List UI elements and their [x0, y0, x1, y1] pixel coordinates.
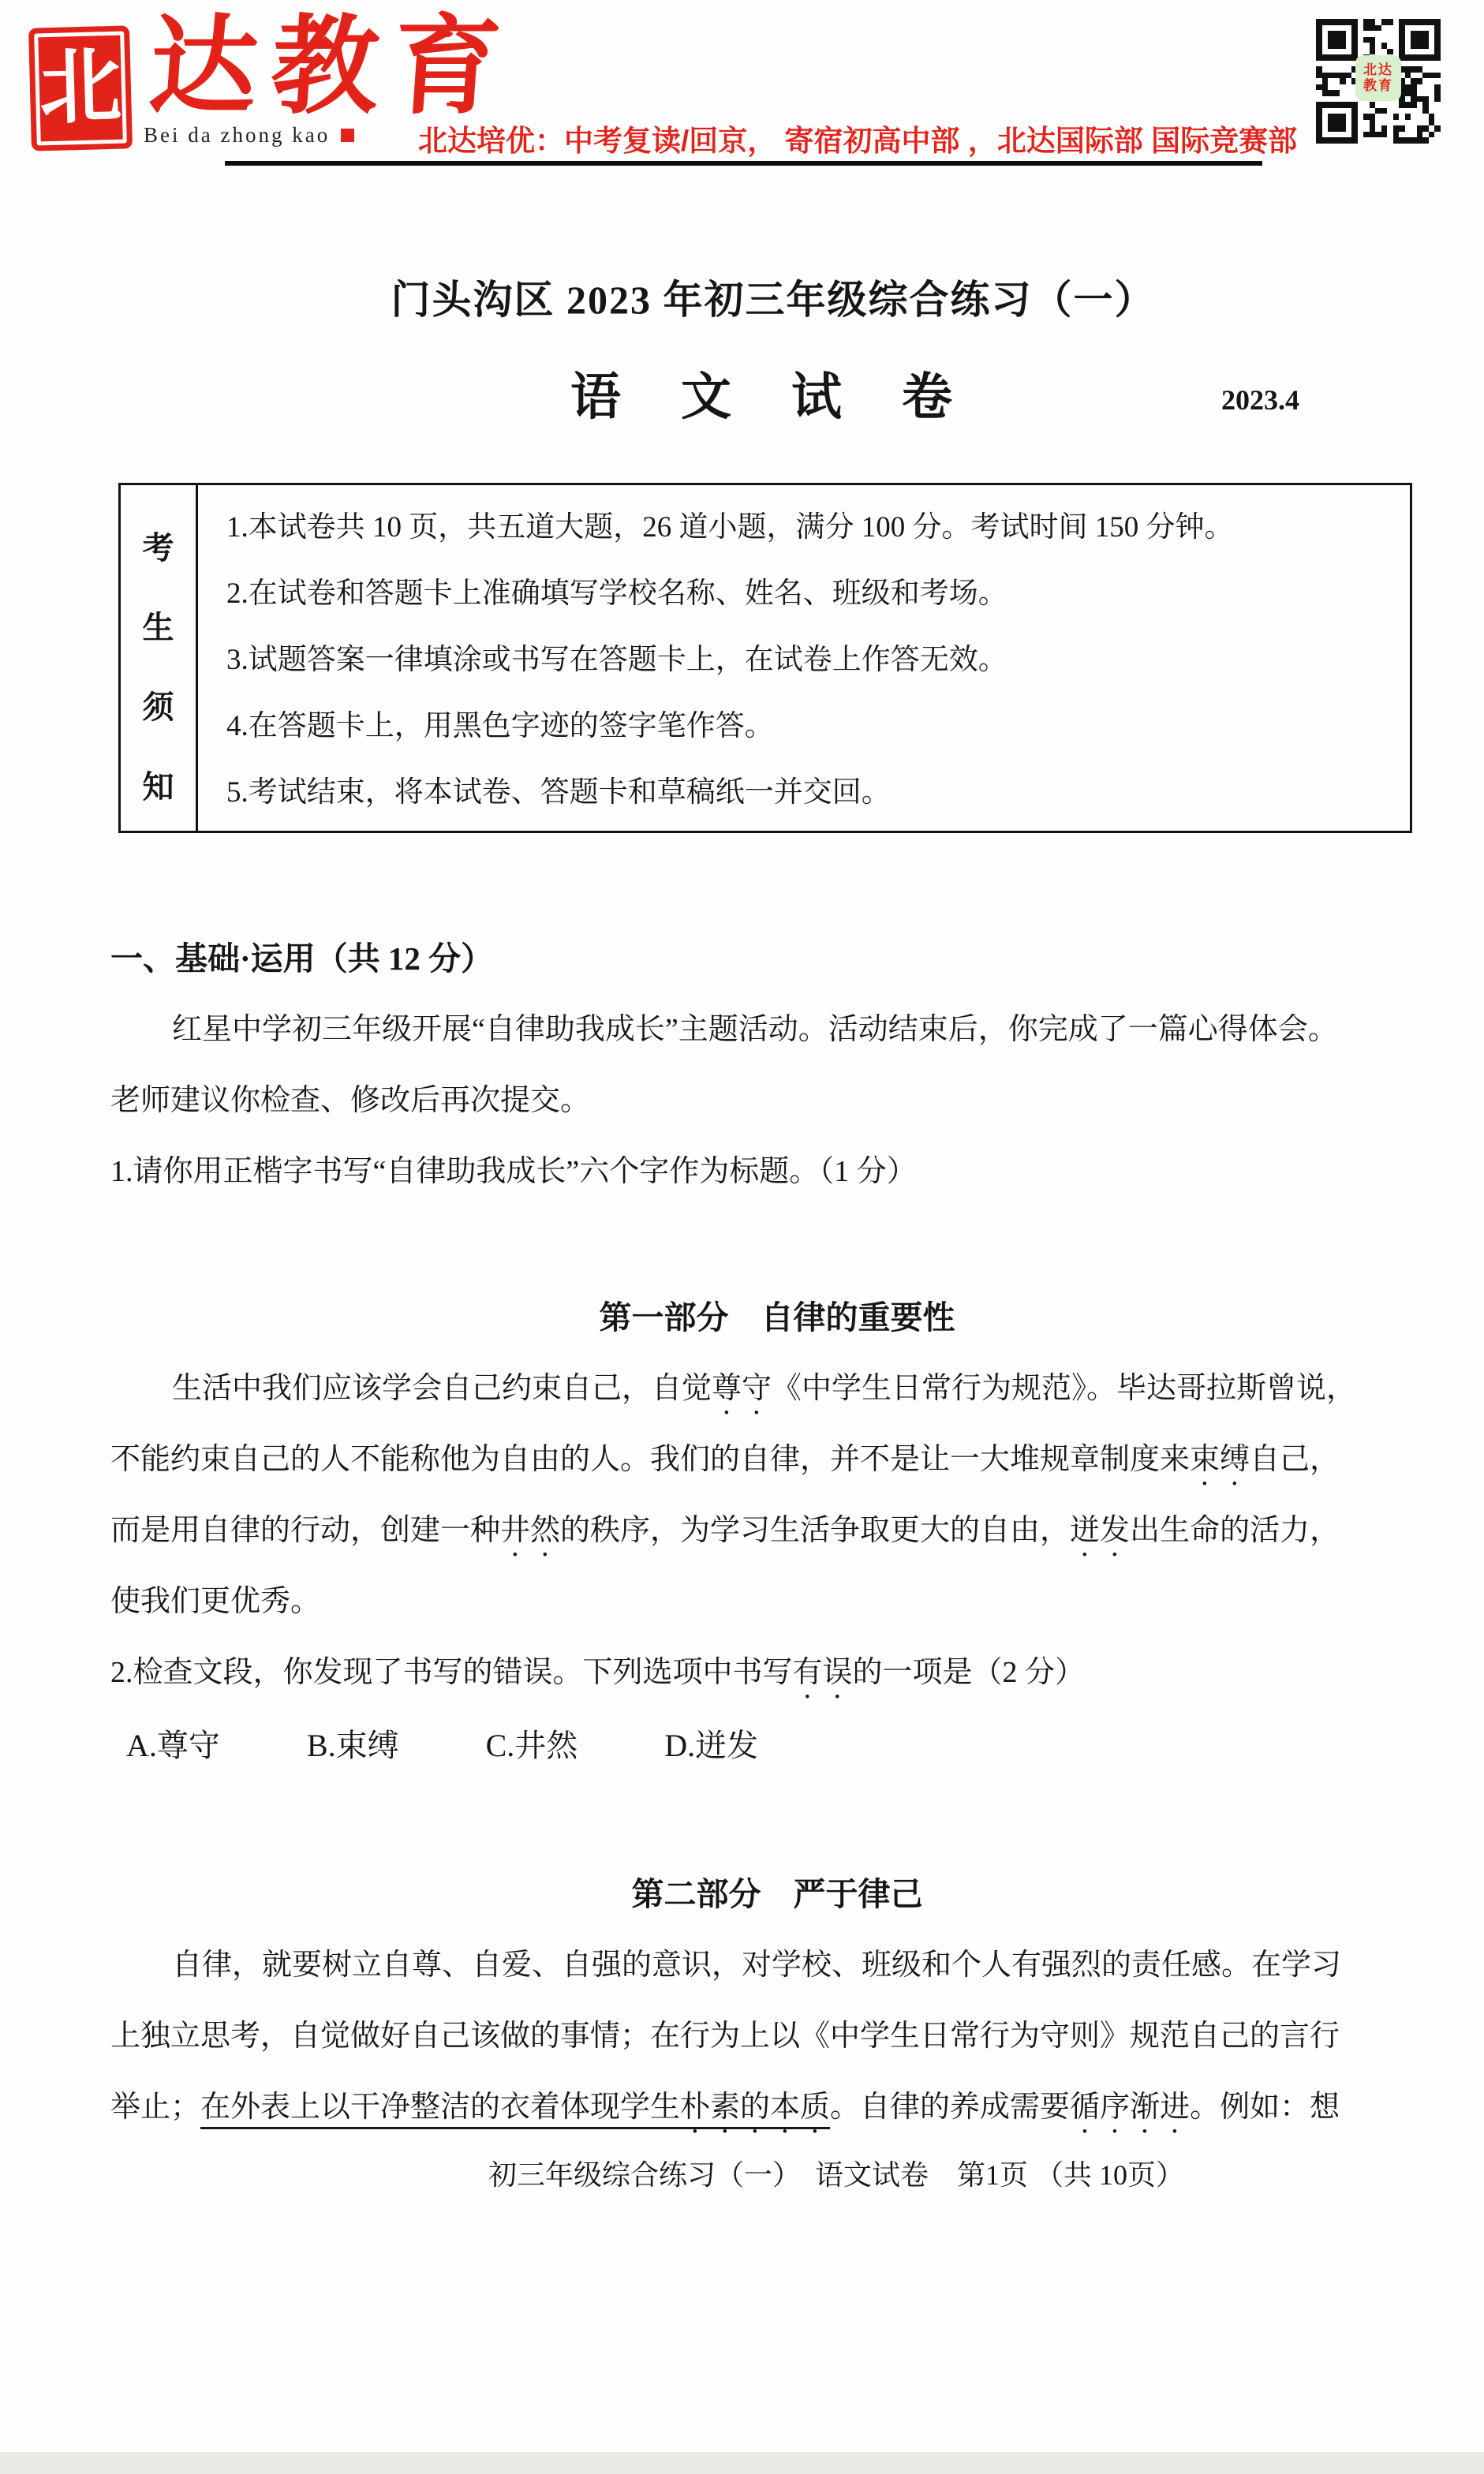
- text-segment: 1.请你用正楷字书写“自律助我成长”六个字作为标题。（1 分）: [110, 1155, 917, 1188]
- exam-body: 一、基础·运用（共 12 分） 红星中学初三年级开展“自律助我成长”主题活动。活…: [110, 923, 1444, 2143]
- text-line: 红星中学初三年级开展“自律助我成长”主题活动。活动结束后，你完成了一篇心得体会。: [110, 994, 1444, 1065]
- brand-seal-logo: 北: [28, 25, 133, 151]
- exam-date: 2023.4: [1221, 383, 1299, 417]
- notice-side-label: 考 生 须 知: [121, 485, 198, 831]
- header-divider-line: [225, 161, 1262, 166]
- notice-side-char: 知: [143, 762, 174, 807]
- seal-character: 北: [39, 47, 123, 131]
- text-segment: 自己，: [1250, 1443, 1340, 1476]
- text-segment: 举止；: [110, 2091, 200, 2124]
- text-segment: 上独立思考，自觉做好自己该做的事情；在行为上以《中学生日常行为守则》规范自己的言…: [110, 2020, 1340, 2053]
- notice-item: 2.在试卷和答题卡上准确填写学校名称、姓名、班级和考场。: [226, 569, 1402, 611]
- part2-heading: 第二部分 严于律己: [110, 1859, 1444, 1930]
- notice-item: 5.考试结束，将本试卷、答题卡和草稿纸一并交回。: [226, 768, 1402, 810]
- emphasized-text: 迸发: [1070, 1514, 1130, 1547]
- text-segment: 红星中学初三年级开展“自律助我成长”主题活动。活动结束后，你完成了一篇心得体会。: [172, 1013, 1338, 1046]
- emphasized-text: 束缚: [1190, 1443, 1250, 1476]
- intro-paragraph: 红星中学初三年级开展“自律助我成长”主题活动。活动结束后，你完成了一篇心得体会。…: [110, 994, 1444, 1207]
- qr-center-label: 教育: [1363, 78, 1393, 94]
- option-item: C.井然: [486, 1708, 578, 1784]
- emphasized-text: 尊守: [712, 1372, 772, 1405]
- qr-center-label: 北达: [1363, 62, 1393, 78]
- text-line: 而是用自律的行动，创建一种井然的秩序，为学习生活争取更大的自由，迸发出生命的活力…: [110, 1495, 1444, 1566]
- text-line: 举止；在外表上以干净整洁的衣着体现学生朴素的本质。自律的养成需要循序渐进。例如：…: [110, 2072, 1444, 2143]
- exam-paper-page: 北 达教育 Bei da zhong kao 北达培优：中考复读/回京， 寄宿初…: [0, 0, 1484, 2474]
- text-segment: 。例如：想: [1190, 2091, 1340, 2124]
- notice-item: 1.本试卷共 10 页，共五道大题，26 道小题，满分 100 分。考试时间 1…: [226, 503, 1402, 545]
- text-line: 自律，就要树立自尊、自爱、自强的意识，对学校、班级和个人有强烈的责任感。在学习: [110, 1930, 1444, 2001]
- text-segment: 老师建议你检查、修改后再次提交。: [110, 1084, 590, 1117]
- text-segment: 的秩序，为学习生活争取更大的自由，: [560, 1514, 1070, 1547]
- text-line: 上独立思考，自觉做好自己该做的事情；在行为上以《中学生日常行为守则》规范自己的言…: [110, 2001, 1444, 2072]
- qr-center-badge: 北达 教育: [1355, 55, 1401, 101]
- text-segment: 《中学生日常行为规范》。毕达哥拉斯曾说，: [772, 1372, 1356, 1405]
- option-item: D.迸发: [664, 1708, 758, 1784]
- notice-item: 3.试题答案一律填涂或书写在答题卡上，在试卷上作答无效。: [226, 635, 1402, 678]
- candidate-notice-box: 考 生 须 知 1.本试卷共 10 页，共五道大题，26 道小题，满分 100 …: [118, 483, 1412, 833]
- notice-side-char: 生: [143, 603, 174, 648]
- emphasized-text: 有误: [793, 1656, 853, 1689]
- text-line: 老师建议你检查、修改后再次提交。: [110, 1065, 1444, 1136]
- emphasized-text: 井然: [500, 1514, 560, 1547]
- brand-subtext-label: Bei da zhong kao: [144, 123, 330, 148]
- text-segment: 而是用自律的行动，创建一种: [110, 1514, 500, 1547]
- notice-side-char: 考: [143, 523, 174, 568]
- qr-code: 北达 教育: [1316, 19, 1441, 139]
- exam-title: 门头沟区 2023 年初三年级综合练习（一）: [110, 268, 1436, 325]
- notice-item-list: 1.本试卷共 10 页，共五道大题，26 道小题，满分 100 分。考试时间 1…: [198, 485, 1410, 831]
- text-segment: 生活中我们应该学会自己约束自己，自觉: [172, 1372, 712, 1405]
- scan-edge-shadow: [0, 2452, 1484, 2474]
- notice-item: 4.在答题卡上，用黑色字迹的签字笔作答。: [226, 701, 1402, 744]
- text-line: 不能约束自己的人不能称他为自由的人。我们的自律，并不是让一大堆规章制度来束缚自己…: [110, 1424, 1444, 1495]
- text-segment: 的一项是（2 分）: [853, 1656, 1086, 1689]
- notice-side-char: 须: [143, 682, 174, 727]
- section-heading: 一、基础·运用（共 12 分）: [110, 923, 1444, 994]
- text-segment: 自律，就要树立自尊、自爱、自强的意识，对学校、班级和个人有强烈的责任感。在学习: [172, 1949, 1341, 1982]
- part1-heading: 第一部分 自律的重要性: [110, 1282, 1444, 1353]
- text-segment: 不能约束自己的人不能称他为自由的人。我们的自律，并不是让一大堆规章制度来: [110, 1443, 1190, 1476]
- text-line: 生活中我们应该学会自己约束自己，自觉尊守《中学生日常行为规范》。毕达哥拉斯曾说，: [110, 1353, 1444, 1424]
- question2-options: A.尊守B.束缚C.井然D.迸发: [110, 1708, 1444, 1784]
- brand-subtext: Bei da zhong kao: [144, 123, 354, 148]
- text-line: 使我们更优秀。: [110, 1566, 1444, 1637]
- text-segment: 。自律的养成需要: [830, 2091, 1070, 2124]
- option-item: B.束缚: [307, 1708, 399, 1784]
- brand-script-text: 达教育: [146, 14, 627, 121]
- emphasized-text: 在外表上以干净整洁的衣着体现学生: [200, 2091, 680, 2129]
- text-segment: 出生命的活力，: [1130, 1514, 1340, 1547]
- text-line: 1.请你用正楷字书写“自律助我成长”六个字作为标题。（1 分）: [110, 1136, 1444, 1207]
- part1-paragraph: 生活中我们应该学会自己约束自己，自觉尊守《中学生日常行为规范》。毕达哥拉斯曾说，…: [110, 1353, 1444, 1637]
- option-item: A.尊守: [126, 1708, 220, 1784]
- emphasized-text: 循序渐进: [1070, 2091, 1190, 2124]
- page-footer: 初三年级综合练习（一） 语文试卷 第1页 （共 10页）: [205, 2140, 1467, 2211]
- brand-red-square-icon: [341, 129, 354, 142]
- brand-slogan: 北达培优：中考复读/回京， 寄宿初高中部 ，北达国际部 国际竞赛部: [418, 117, 1286, 159]
- text-segment: 使我们更优秀。: [110, 1585, 320, 1618]
- question2-stem: 2.检查文段，你发现了书写的错误。下列选项中书写有误的一项是（2 分）: [110, 1637, 1444, 1708]
- text-line: 2.检查文段，你发现了书写的错误。下列选项中书写有误的一项是（2 分）: [110, 1637, 1444, 1708]
- part2-paragraph: 自律，就要树立自尊、自爱、自强的意识，对学校、班级和个人有强烈的责任感。在学习上…: [110, 1930, 1444, 2143]
- emphasized-text: 朴素的本质: [680, 2091, 830, 2129]
- text-segment: 2.检查文段，你发现了书写的错误。下列选项中书写: [110, 1656, 793, 1689]
